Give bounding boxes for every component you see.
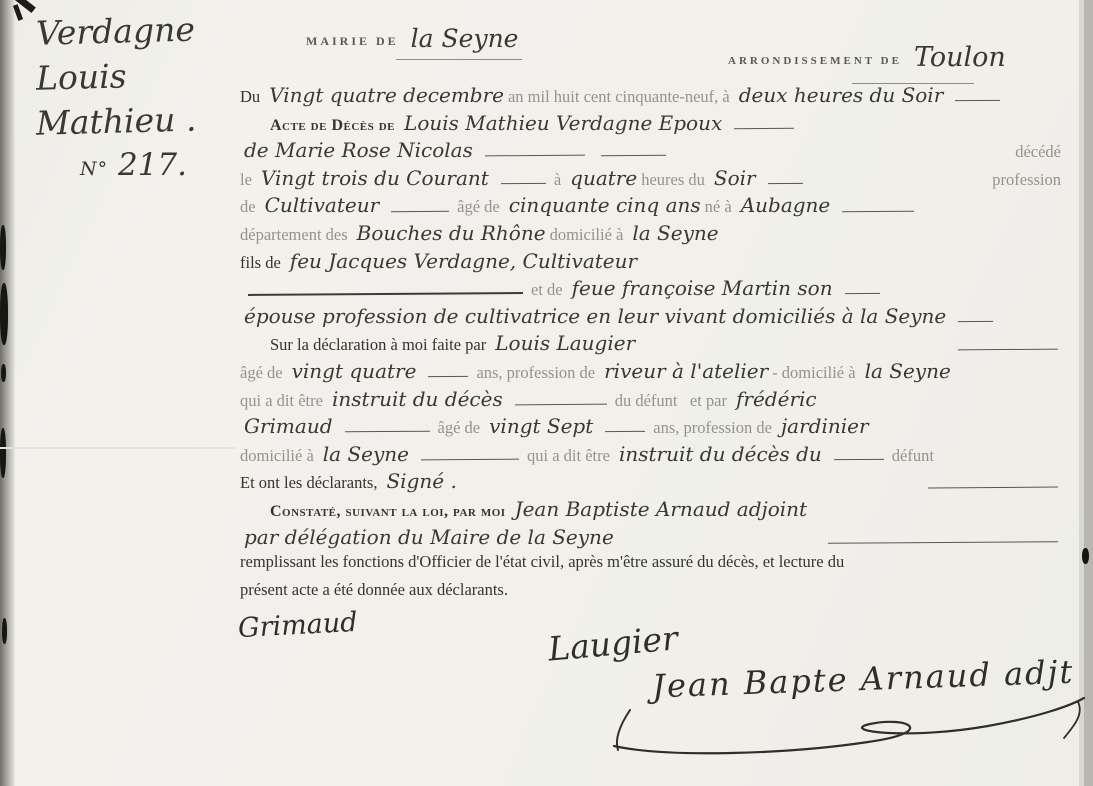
ink-dash <box>605 431 645 432</box>
handwritten-text: vingt Sept <box>489 414 593 438</box>
binding-ink-blot <box>0 225 6 270</box>
ink-dash <box>828 541 1058 544</box>
ink-dash <box>428 376 468 377</box>
printed-text-light: né à <box>705 197 732 217</box>
handwritten-text: la Seyne <box>865 359 951 383</box>
act-number-value: 217. <box>118 147 187 183</box>
printed-text-light: le <box>240 170 252 190</box>
death-certificate-scan: Verdagne Louis Mathieu . N° 217. Mairie … <box>0 0 1093 786</box>
ink-dash <box>768 183 803 184</box>
printed-text-light: du défunt et par <box>615 391 727 411</box>
printed-text-light: décédé <box>1015 142 1061 162</box>
ink-dash <box>421 459 519 461</box>
handwritten-text: deux heures du Soir <box>739 83 944 107</box>
printed-text-light: ans, profession de <box>476 363 595 383</box>
document-line: de Marie Rose Nicolasdécédé <box>240 138 1066 166</box>
handwritten-text: Louis Laugier <box>495 331 635 355</box>
handwritten-text: par délégation du Maire de la Seyne <box>244 525 614 549</box>
book-binding-edge <box>0 0 15 786</box>
printed-text-light: ans, profession de <box>653 418 772 438</box>
printed-text-light: âgé de <box>240 363 283 383</box>
document-line: remplissant les fonctions d'Officier de … <box>240 552 1066 580</box>
printed-text: présent acte a été donnée aux déclarants… <box>240 580 508 600</box>
handwritten-text: Aubagne <box>741 193 831 217</box>
printed-smallcaps-text: Acte de Décès de <box>270 117 395 135</box>
document-line: Grimaudâgé devingt Septans, profession d… <box>240 414 1066 442</box>
handwritten-text: quatre <box>570 166 637 190</box>
ink-dash <box>958 321 993 322</box>
ink-dash <box>515 404 607 406</box>
binding-ink-blot <box>2 618 7 644</box>
handwritten-text: instruit du décès <box>332 387 503 411</box>
printed-text-light: à <box>554 170 561 190</box>
printed-text-light: domicilié à <box>550 225 624 245</box>
ink-dash <box>928 486 1058 488</box>
page-right-edge <box>1084 0 1093 786</box>
handwritten-text: riveur à l'atelier <box>604 359 768 383</box>
handwritten-text: Signé . <box>386 469 456 493</box>
printed-text: Sur la déclaration à moi faite par <box>270 335 486 355</box>
document-line: âgé devingt quatreans, profession derive… <box>240 359 1066 387</box>
ink-dash <box>834 459 884 460</box>
act-number-label: N° <box>80 158 108 180</box>
arrondissement-header: Arrondissement de Toulon <box>728 40 1006 71</box>
printed-text-light: qui a dit être <box>240 391 323 411</box>
deceased-surname: Verdagne <box>35 5 246 55</box>
document-line: épouse profession de cultivatrice en leu… <box>240 304 1066 332</box>
arrondissement-value: Toulon <box>914 42 1006 73</box>
ink-dash <box>391 210 449 211</box>
ink-dash <box>345 431 430 433</box>
binding-ink-blot <box>0 283 8 345</box>
handwritten-text: vingt quatre <box>292 359 417 383</box>
document-line: deCultivateurâgé decinquante cinq ansné … <box>240 193 1066 221</box>
paper-crease <box>0 447 235 449</box>
document-line: domicilié àla Seynequi a dit êtreinstrui… <box>240 442 1066 470</box>
printed-text-light: - domicilié à <box>772 363 855 383</box>
document-line: et defeue françoise Martin son <box>240 276 1066 304</box>
printed-text-light: âgé de <box>438 418 481 438</box>
handwritten-text: Soir <box>714 166 756 190</box>
handwritten-text: la Seyne <box>632 221 718 245</box>
printed-text-light: qui a dit être <box>527 446 610 466</box>
handwritten-text: la Seyne <box>323 442 409 466</box>
handwritten-text: Jean Baptiste Arnaud adjoint <box>515 497 808 521</box>
handwritten-text: Grimaud <box>244 414 333 438</box>
handwritten-text: instruit du décès du <box>619 442 822 466</box>
printed-text: Et ont les déclarants, <box>240 473 377 493</box>
handwritten-text: Vingt trois du Courant <box>261 166 489 190</box>
handwritten-text: feu Jacques Verdagne, Cultivateur <box>290 249 637 273</box>
mairie-label: Mairie de <box>306 34 399 48</box>
mairie-underline <box>396 58 522 60</box>
ink-dash <box>485 155 585 157</box>
handwritten-text: jardinier <box>781 414 869 438</box>
ink-dash <box>734 128 794 129</box>
printed-text: remplissant les fonctions d'Officier de … <box>240 552 844 572</box>
handwritten-text: Cultivateur <box>265 193 380 217</box>
deceased-middlename: Mathieu . <box>35 95 246 145</box>
printed-text-light: domicilié à <box>240 446 314 466</box>
document-line: Acte de Décès deLouis Mathieu Verdagne E… <box>240 111 1066 139</box>
printed-text-light: profession <box>992 170 1061 190</box>
mairie-value: la Seyne <box>411 24 519 53</box>
deceased-firstname: Louis <box>35 50 246 100</box>
printed-text-light: département des <box>240 225 348 245</box>
document-line: leVingt trois du Courantàquatreheures du… <box>240 166 1066 194</box>
printed-text-light: heures du <box>641 170 705 190</box>
document-line: département desBouches du Rhônedomicilié… <box>240 221 1066 249</box>
ink-dash <box>845 293 880 294</box>
handwritten-text: frédéric <box>736 387 817 411</box>
printed-text: fils de <box>240 253 281 273</box>
document-line: présent acte a été donnée aux déclarants… <box>240 580 1066 608</box>
printed-text-light: an mil huit cent cinquante-neuf, à <box>508 87 730 107</box>
printed-text-light: âgé de <box>457 197 500 217</box>
grimaud-signature: Grimaud <box>237 607 358 644</box>
printed-smallcaps-text: Constaté, suivant la loi, par moi <box>270 503 506 521</box>
act-number: N° 217. <box>36 147 246 183</box>
document-line: fils defeu Jacques Verdagne, Cultivateur <box>240 249 1066 277</box>
document-line: DuVingt quatre decembrean mil huit cent … <box>240 83 1066 111</box>
arrondissement-label: Arrondissement de <box>728 55 902 67</box>
printed-text-light: de <box>240 197 256 217</box>
ink-dash <box>842 210 914 212</box>
ink-dash <box>601 155 666 156</box>
handwritten-text: épouse profession de cultivatrice en leu… <box>244 304 946 328</box>
document-line: par délégation du Maire de la Seyne <box>240 525 1066 553</box>
handwritten-text: de Marie Rose Nicolas <box>244 138 473 162</box>
document-line: qui a dit êtreinstruit du décèsdu défunt… <box>240 387 1066 415</box>
ink-dash <box>501 183 546 184</box>
document-line: Et ont les déclarants,Signé . <box>240 469 1066 497</box>
handwritten-text: Bouches du Rhône <box>357 221 546 245</box>
printed-text-light: et de <box>531 280 563 300</box>
act-body: DuVingt quatre decembrean mil huit cent … <box>240 83 1066 607</box>
document-line: Sur la déclaration à moi faite parLouis … <box>240 331 1066 359</box>
binding-ink-blot <box>1 364 6 382</box>
handwritten-text: feue françoise Martin son <box>572 276 833 300</box>
document-line: Constaté, suivant la loi, par moiJean Ba… <box>240 497 1066 525</box>
binding-ink-blot <box>0 428 6 478</box>
handwritten-text: cinquante cinq ans <box>509 193 701 217</box>
handwritten-text: Louis Mathieu Verdagne Epoux <box>404 111 722 135</box>
ink-dash <box>248 292 523 296</box>
edge-ink-blot <box>1082 548 1089 564</box>
arnaud-signature-flourish <box>608 688 1090 760</box>
ink-dash <box>955 100 1000 101</box>
printed-text-light: défunt <box>892 446 934 466</box>
margin-annotations: Verdagne Louis Mathieu . N° 217. <box>36 8 246 183</box>
laugier-signature: Laugier <box>547 618 680 668</box>
handwritten-text: Vingt quatre decembre <box>269 83 504 107</box>
mairie-header: Mairie de la Seyne <box>306 22 518 51</box>
ink-dash <box>958 348 1058 350</box>
printed-text: Du <box>240 87 260 107</box>
